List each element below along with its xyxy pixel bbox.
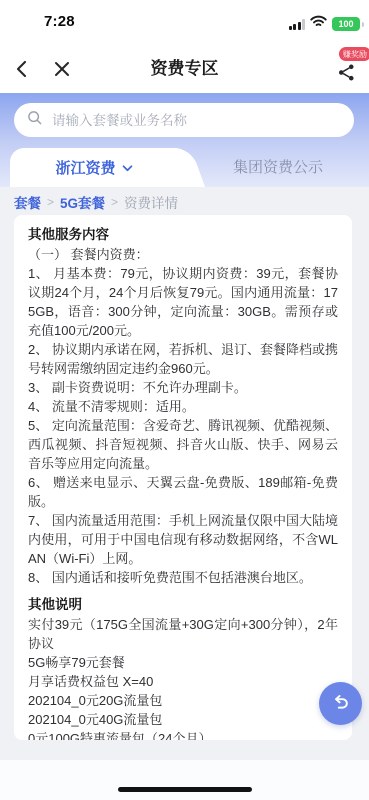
share-button[interactable]: 赚奖励 — [321, 44, 369, 93]
content-paragraph: 6、 赠送来电显示、天翼云盘-免费版、189邮箱-免费版。 — [28, 473, 338, 511]
chevron-down-icon — [122, 159, 133, 176]
home-indicator[interactable] — [118, 787, 252, 792]
content-paragraph: 3、 副卡资费说明：不允许办理副卡。 — [28, 378, 338, 397]
breadcrumb-separator: > — [47, 195, 54, 209]
search-icon — [26, 109, 43, 131]
status-icons: 100 — [289, 15, 361, 33]
cellular-signal-icon — [289, 19, 306, 30]
tab-group-tariff-publicity[interactable]: 集团资费公示 — [188, 148, 368, 187]
content-paragraph: 202104_0元20G流量包 — [28, 691, 338, 710]
content-paragraph: （一） 套餐内资费： — [28, 245, 338, 264]
bottom-safe-area — [0, 760, 369, 800]
content-paragraph: 5G畅享79元套餐 — [28, 653, 338, 672]
search-input[interactable] — [50, 112, 354, 129]
content-paragraph: 月享话费权益包 X=40 — [28, 672, 338, 691]
other-notes-section: 其他说明 实付39元（175G全国流量+30G定向+300分钟），2年协议5G畅… — [28, 595, 338, 740]
content-paragraph: 0元100G特惠流量包（24个月） — [28, 729, 338, 740]
return-button[interactable] — [319, 682, 362, 725]
nav-bar: 资费专区 赚奖励 — [0, 44, 369, 93]
breadcrumb-item-packages[interactable]: 套餐 — [14, 192, 41, 212]
breadcrumb-separator: > — [111, 195, 118, 209]
tariff-detail-card[interactable]: 其他服务内容 （一） 套餐内资费：1、 月基本费：79元，协议期内资费：39元，… — [14, 215, 352, 740]
section-title-other-services: 其他服务内容 — [28, 225, 338, 245]
tab-zhejiang-tariff[interactable]: 浙江资费 — [10, 148, 178, 187]
reward-badge: 赚奖励 — [339, 47, 369, 61]
breadcrumb-item-tariff-details: 资费详情 — [124, 192, 178, 212]
app-screen: 7:28 100 资费专区 赚奖励 — [0, 0, 369, 800]
status-bar: 7:28 100 — [0, 0, 369, 44]
breadcrumb: 套餐 > 5G套餐 > 资费详情 — [14, 192, 359, 212]
content-paragraph: 4、 流量不清零规则：适用。 — [28, 397, 338, 416]
return-arrow-icon — [330, 690, 352, 717]
content-paragraph: 1、 月基本费：79元，协议期内资费：39元，套餐协议期24个月，24个月后恢复… — [28, 264, 338, 340]
content-paragraph: 实付39元（175G全国流量+30G定向+300分钟），2年协议 — [28, 615, 338, 653]
content-paragraph: 2、 协议期内承诺在网，若拆机、退订、套餐降档或携号转网需缴纳固定违约金960元… — [28, 340, 338, 378]
content-paragraph: 202104_0元40G流量包 — [28, 710, 338, 729]
battery-icon: 100 — [332, 17, 360, 31]
other-services-section: 其他服务内容 （一） 套餐内资费：1、 月基本费：79元，协议期内资费：39元，… — [28, 225, 338, 587]
active-tab-label: 浙江资费 — [55, 157, 115, 178]
wifi-icon — [310, 15, 327, 33]
content-paragraph: 5、 定向流量范围：含爱奇艺、腾讯视频、优酷视频、西瓜视频、抖音短视频、抖音火山… — [28, 416, 338, 473]
section-title-other-notes: 其他说明 — [28, 595, 338, 615]
status-time: 7:28 — [44, 13, 75, 30]
other-services-paragraphs: （一） 套餐内资费：1、 月基本费：79元，协议期内资费：39元，套餐协议期24… — [28, 245, 338, 587]
other-notes-paragraphs: 实付39元（175G全国流量+30G定向+300分钟），2年协议5G畅享79元套… — [28, 615, 338, 740]
hero-section: 浙江资费 集团资费公示 — [0, 93, 369, 187]
tab-bar: 浙江资费 集团资费公示 — [0, 148, 369, 187]
breadcrumb-item-5g-packages[interactable]: 5G套餐 — [60, 192, 105, 212]
content-paragraph: 7、 国内流量适用范围：手机上网流量仅限中国大陆境内使用，可用于中国电信现有移动… — [28, 511, 338, 568]
page-title: 资费专区 — [0, 44, 369, 93]
content-paragraph: 8、 国内通话和接听免费范围不包括港澳台地区。 — [28, 568, 338, 587]
search-bar[interactable] — [14, 103, 354, 137]
share-icon — [337, 63, 356, 87]
